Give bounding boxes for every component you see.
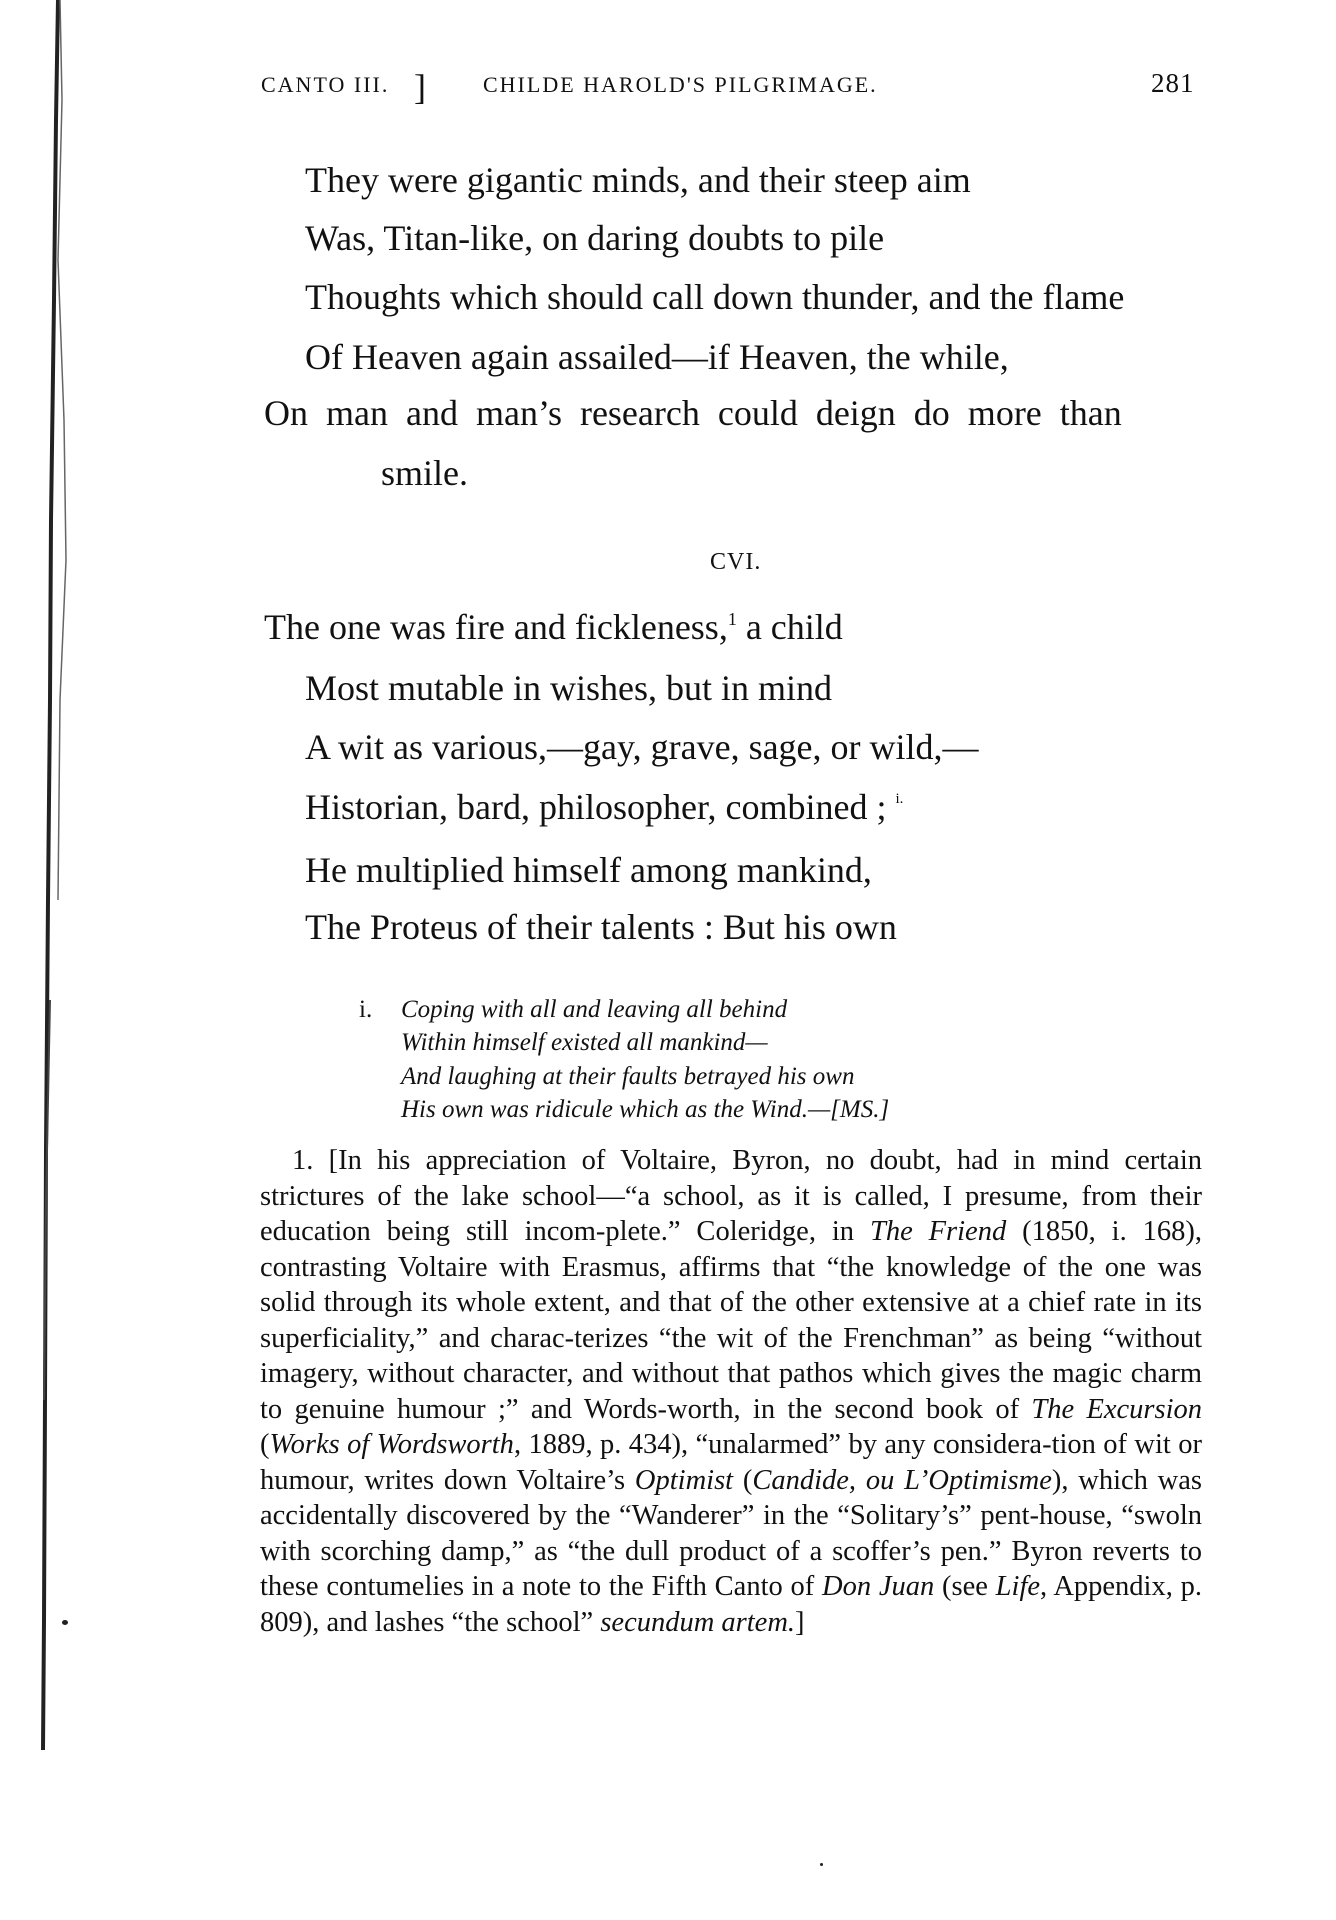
canto-label: Canto III. [261,72,389,98]
variant-line: Coping with all and leaving all behind [401,993,787,1026]
verse-line: A wit as various,—gay, grave, sage, or w… [305,725,979,769]
variant-line: His own was ridicule which as the Wind.—… [401,1093,889,1126]
footnote-text: ( [733,1465,752,1496]
book-title: Childe Harold's Pilgrimage. [483,72,878,98]
scan-speck [62,1620,68,1625]
binding-edge-icon [38,0,68,1920]
verse-line: The Proteus of their talents : But his o… [305,905,897,949]
footnote-text: ] [795,1607,805,1638]
footnote-italic-title: Life [996,1571,1040,1602]
binding-shadow [38,0,68,1920]
verse-line: He multiplied himself among mankind, [305,848,872,892]
footnote-paragraph: 1. [In his appreciation of Voltaire, Byr… [260,1143,1202,1640]
header-bracket: ] [414,66,426,108]
verse-line: On man and man’s research could deign do… [264,391,1122,435]
footnote-ref[interactable]: 1 [728,609,737,629]
footnote-italic-title: The Excursion [1031,1394,1202,1425]
verse-line: smile. [381,451,468,495]
page-number: 281 [1151,68,1195,99]
verse-line: Of Heaven again assailed—if Heaven, the … [305,335,1009,379]
footnote-italic-title: The Friend [870,1216,1006,1247]
variant-ref[interactable]: i. [895,791,903,807]
verse-line: Was, Titan-like, on daring doubts to pil… [305,216,884,260]
footnote-text: ( [260,1429,270,1460]
verse-line: The one was fire and fickleness,1 a chil… [264,605,843,649]
footnote-italic-title: Candide, ou L’Optimisme [752,1465,1052,1496]
footnote-italic-title: Works of Wordsworth [270,1429,514,1460]
verse-line: Thoughts which should call down thunder,… [305,275,1124,319]
verse-line: Historian, bard, philosopher, combined ;… [305,785,903,829]
verse-line: Most mutable in wishes, but in mind [305,666,832,710]
verse-line: They were gigantic minds, and their stee… [305,158,971,202]
stanza-number: CVI. [710,549,761,576]
footnote-italic-title: Optimist [635,1465,733,1496]
variant-note: i. Coping with all and leaving all behin… [359,993,1119,1133]
editorial-footnote: 1. [In his appreciation of Voltaire, Byr… [260,1143,1202,1640]
running-header: Canto III. ] Childe Harold's Pilgrimage.… [261,72,1201,112]
footnote-number: 1. [292,1145,313,1176]
variant-line: Within himself existed all mankind— [401,1026,768,1059]
scan-speck [820,1863,823,1866]
footnote-text: (see [934,1571,995,1602]
footnote-italic-title: secundum artem. [600,1607,795,1638]
variant-label: i. [359,993,372,1026]
footnote-italic-title: Don Juan [822,1571,934,1602]
variant-line: And laughing at their faults betrayed hi… [401,1060,854,1093]
